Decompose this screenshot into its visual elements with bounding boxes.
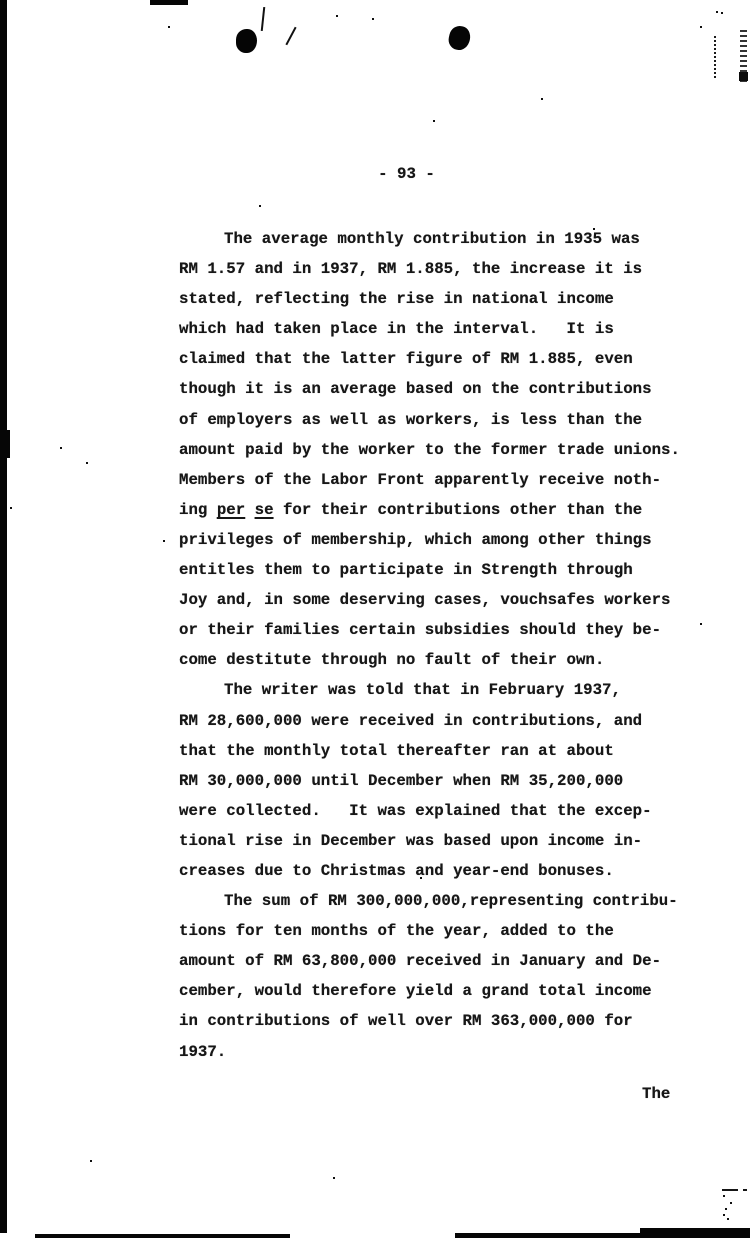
scan-speck [163, 540, 165, 542]
text-segment: creases due to Christmas and year-end bo… [179, 862, 614, 880]
edge-smudge [743, 1189, 747, 1191]
text-segment [245, 501, 254, 519]
text-segment: Joy and, in some deserving cases, vouchs… [179, 591, 670, 609]
scan-speck [90, 1160, 92, 1162]
text-segment: entitles them to participate in Strength… [179, 561, 633, 579]
text-line: tions for ten months of the year, added … [179, 916, 709, 946]
scratch-mark [261, 7, 265, 31]
text-line: RM 1.57 and in 1937, RM 1.885, the incre… [179, 254, 709, 284]
text-segment: tions for ten months of the year, added … [179, 922, 614, 940]
scan-speck [86, 462, 88, 464]
scan-edge-bottom-right [640, 1228, 750, 1238]
text-segment: though it is an average based on the con… [179, 380, 652, 398]
edge-smudge [739, 72, 748, 81]
text-segment: or their families certain subsidies shou… [179, 621, 661, 639]
text-segment: cember, would therefore yield a grand to… [179, 982, 652, 1000]
text-line: cember, would therefore yield a grand to… [179, 976, 709, 1006]
text-line: claimed that the latter figure of RM 1.8… [179, 344, 709, 374]
text-segment: of employers as well as workers, is less… [179, 411, 642, 429]
scan-speck [259, 205, 261, 207]
text-line: ing per se for their contributions other… [179, 495, 709, 525]
scanned-page: - 93 - The average monthly contribution … [0, 0, 750, 1238]
punch-hole-left [236, 29, 257, 53]
scan-speck [725, 1208, 727, 1210]
text-segment: claimed that the latter figure of RM 1.8… [179, 350, 633, 368]
text-segment: in contributions of well over RM 363,000… [179, 1012, 633, 1030]
scan-speck [730, 1202, 732, 1204]
text-line: creases due to Christmas and year-end bo… [179, 856, 709, 886]
text-line: stated, reflecting the rise in national … [179, 284, 709, 314]
edge-smudge [722, 1189, 738, 1191]
text-line: privileges of membership, which among ot… [179, 525, 709, 555]
page-number: - 93 - [179, 165, 634, 183]
text-line: 1937. [179, 1037, 709, 1067]
scan-speck [336, 15, 338, 17]
text-line: tional rise in December was based upon i… [179, 826, 709, 856]
text-segment: amount of RM 63,800,000 received in Janu… [179, 952, 661, 970]
underlined-text: per [217, 501, 245, 519]
text-segment: come destitute through no fault of their… [179, 651, 604, 669]
scan-speck [10, 507, 12, 509]
text-segment: were collected. It was explained that th… [179, 802, 652, 820]
text-segment: for their contributions other than the [274, 501, 643, 519]
text-line: amount of RM 63,800,000 received in Janu… [179, 946, 709, 976]
text-line: RM 28,600,000 were received in contribut… [179, 706, 709, 736]
scan-speck [433, 120, 435, 122]
scan-speck [721, 12, 723, 14]
text-segment: The average monthly contribution in 1935… [224, 230, 640, 248]
text-segment: ing [179, 501, 217, 519]
text-segment: The sum of RM 300,000,000,representing c… [224, 892, 678, 910]
text-line: of employers as well as workers, is less… [179, 405, 709, 435]
scan-speck [541, 98, 543, 100]
scan-edge-left-bump [0, 430, 10, 458]
text-line: The writer was told that in February 193… [179, 675, 709, 705]
text-segment: 1937. [179, 1043, 226, 1061]
scratch-mark [285, 27, 296, 46]
text-line: that the monthly total thereafter ran at… [179, 736, 709, 766]
scan-speck [723, 1195, 725, 1197]
text-segment: stated, reflecting the rise in national … [179, 290, 614, 308]
scan-edge-top-bar [150, 0, 188, 5]
scan-edge-left [0, 0, 7, 1233]
text-segment: which had taken place in the interval. I… [179, 320, 614, 338]
scan-speck [700, 26, 702, 28]
text-line: Joy and, in some deserving cases, vouchs… [179, 585, 709, 615]
text-line: Members of the Labor Front apparently re… [179, 465, 709, 495]
typewritten-lines: The average monthly contribution in 1935… [179, 224, 709, 1067]
text-line: come destitute through no fault of their… [179, 645, 709, 675]
text-line: The average monthly contribution in 1935… [179, 224, 709, 254]
text-line: were collected. It was explained that th… [179, 796, 709, 826]
text-segment: that the monthly total thereafter ran at… [179, 742, 614, 760]
text-line: though it is an average based on the con… [179, 374, 709, 404]
scan-speck [727, 1218, 729, 1220]
text-line: in contributions of well over RM 363,000… [179, 1006, 709, 1036]
text-segment: The writer was told that in February 193… [224, 681, 621, 699]
scan-speck [333, 1177, 335, 1179]
underlined-text: se [255, 501, 274, 519]
scan-edge-bottom-mid [455, 1233, 645, 1238]
text-segment: tional rise in December was based upon i… [179, 832, 642, 850]
text-line: The sum of RM 300,000,000,representing c… [179, 886, 709, 916]
scan-speck [372, 18, 374, 20]
text-line: amount paid by the worker to the former … [179, 435, 709, 465]
text-segment: RM 28,600,000 were received in contribut… [179, 712, 642, 730]
text-line: which had taken place in the interval. I… [179, 314, 709, 344]
punch-hole-right [447, 24, 473, 52]
text-segment: amount paid by the worker to the former … [179, 441, 680, 459]
scan-edge-bottom-left [35, 1234, 290, 1238]
text-segment: Members of the Labor Front apparently re… [179, 471, 661, 489]
scan-speck [168, 26, 170, 28]
text-line: RM 30,000,000 until December when RM 35,… [179, 766, 709, 796]
scan-speck [723, 1214, 725, 1216]
scan-speck [60, 447, 62, 449]
margin-dotted-line [714, 36, 716, 78]
text-line: or their families certain subsidies shou… [179, 615, 709, 645]
text-segment: RM 1.57 and in 1937, RM 1.885, the incre… [179, 260, 642, 278]
catchword: The [642, 1085, 670, 1103]
text-segment: RM 30,000,000 until December when RM 35,… [179, 772, 623, 790]
scan-speck [716, 11, 718, 13]
text-line: entitles them to participate in Strength… [179, 555, 709, 585]
text-segment: privileges of membership, which among ot… [179, 531, 652, 549]
